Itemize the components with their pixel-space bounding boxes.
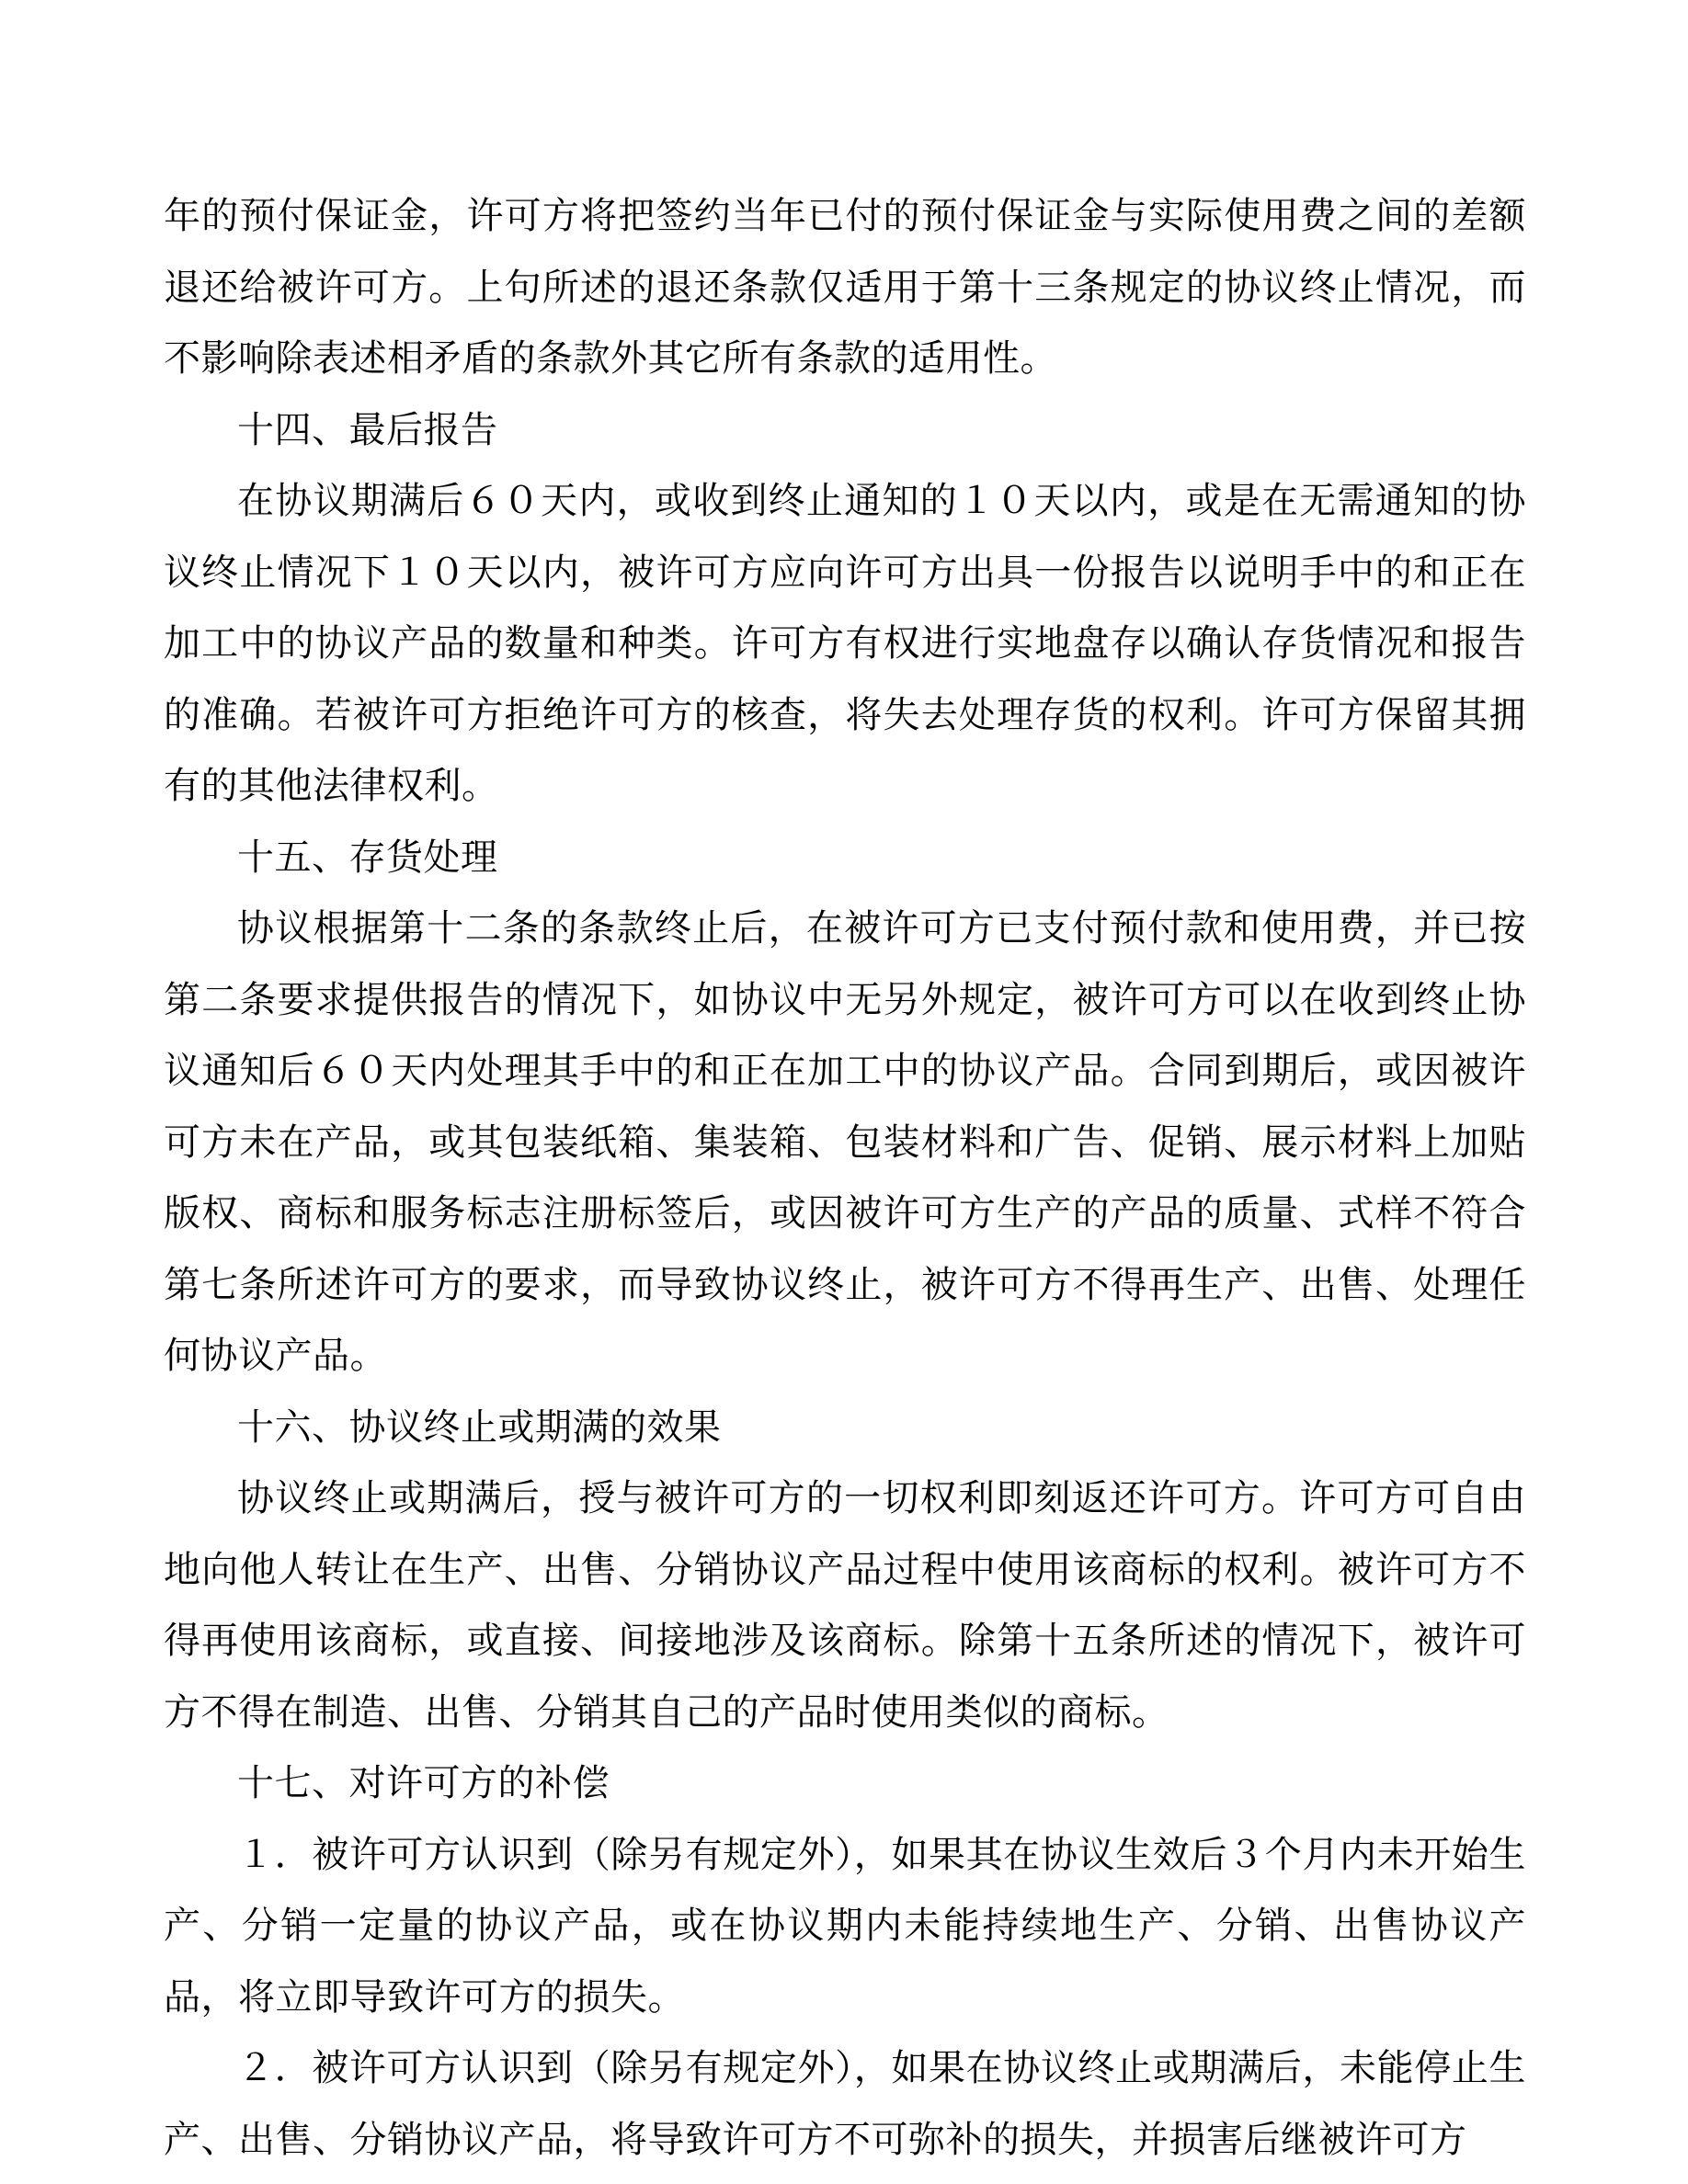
paragraph-final-report: 在协议期满后６０天内，或收到终止通知的１０天以内，或是在无需通知的协议终止情况下… [164,465,1526,822]
paragraph-compensation-item-2: ２．被许可方认识到（除另有规定外），如果在协议终止或期满后，未能停止生产、出售、… [164,2032,1526,2175]
paragraph-termination-effect: 协议终止或期满后，授与被许可方的一切权利即刻返还许可方。许可方可自由地向他人转让… [164,1462,1526,1747]
document-page: 年的预付保证金，许可方将把签约当年已付的预付保证金与实际使用费之间的差额退还给被… [0,0,1688,2184]
section-heading-15: 十五、存货处理 [164,822,1526,893]
paragraph-compensation-item-1: １．被许可方认识到（除另有规定外），如果其在协议生效后３个月内未开始生产、分销一… [164,1819,1526,2033]
paragraph-continuation: 年的预付保证金，许可方将把签约当年已付的预付保证金与实际使用费之间的差额退还给被… [164,180,1526,394]
section-heading-14: 十四、最后报告 [164,394,1526,466]
section-heading-17: 十七、对许可方的补偿 [164,1747,1526,1819]
paragraph-inventory-disposal: 协议根据第十二条的条款终止后，在被许可方已支付预付款和使用费，并已按第二条要求提… [164,893,1526,1392]
section-heading-16: 十六、协议终止或期满的效果 [164,1392,1526,1463]
